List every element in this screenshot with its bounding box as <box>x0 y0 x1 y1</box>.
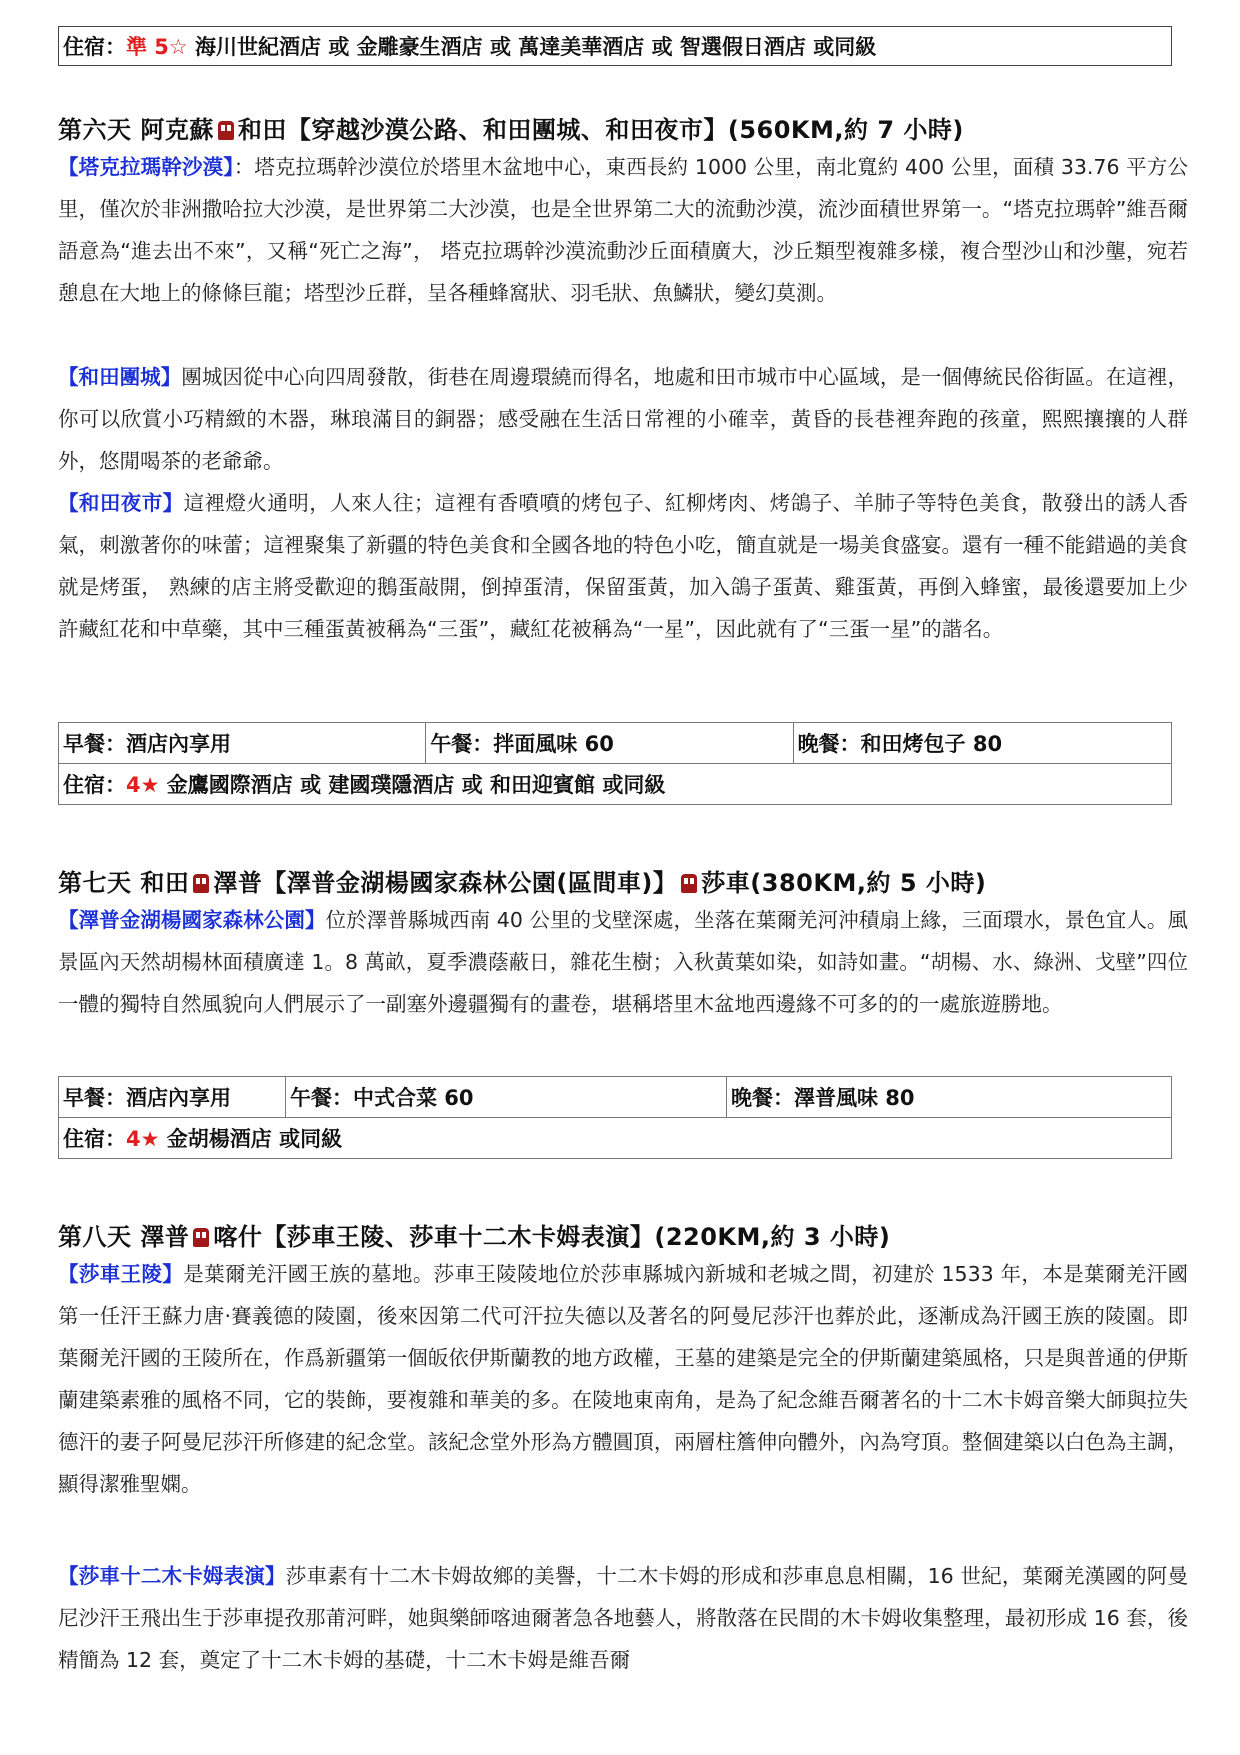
meal-breakfast: 早餐：酒店內享用 <box>59 723 426 764</box>
section-text: 團城因從中心向四周發散，街巷在周邊環繞而得名，地處和田市城市中心區域，是一個傳統… <box>58 365 1188 473</box>
section-heading: 【和田夜市】 <box>58 491 184 515</box>
meal-dinner: 晚餐：和田烤包子 80 <box>793 723 1171 764</box>
section-heading: 【和田團城】 <box>58 365 181 389</box>
section-heading: 【莎車王陵】 <box>58 1262 183 1286</box>
day-title-7: 第七天 和田澤普【澤普金湖楊國家森林公園(區間車)】莎車(380KM,約 5 小… <box>58 863 986 898</box>
day-title-prefix: 第六天 阿克蘇 <box>58 116 214 144</box>
day-title-destination: 莎車(380KM,約 5 小時) <box>701 869 986 897</box>
bus-icon <box>681 874 697 893</box>
day-title-prefix: 第七天 和田 <box>58 869 189 897</box>
lodging-day6: 住宿：4★ 金鷹國際酒店 或 建國璞隱酒店 或 和田迎賓館 或同級 <box>59 764 1172 805</box>
section-yarkand-royal-tombs: 【莎車王陵】是葉爾羌汗國王族的墓地。莎車王陵陵地位於莎車縣城內新城和老城之間，初… <box>58 1253 1188 1505</box>
hotel-list: 海川世紀酒店 或 金雕豪生酒店 或 萬達美華酒店 或 智選假日酒店 或同級 <box>188 35 877 59</box>
meal-dinner: 晚餐：澤普風味 80 <box>727 1077 1172 1118</box>
lodging-label: 住宿： <box>63 1127 126 1151</box>
day-title-route: 喀什【莎車王陵、莎車十二木卡姆表演】(220KM,約 3 小時) <box>213 1223 890 1251</box>
day-title-route: 澤普【澤普金湖楊國家森林公園(區間車)】 <box>213 869 677 897</box>
section-hotan-night-market: 【和田夜市】這裡燈火通明，人來人往；這裡有香噴噴的烤包子、紅柳烤肉、烤鴿子、羊肺… <box>58 482 1188 650</box>
section-hotan-tuancheng: 【和田團城】團城因從中心向四周發散，街巷在周邊環繞而得名，地處和田市城市中心區域… <box>58 356 1188 482</box>
meal-lunch: 午餐：中式合菜 60 <box>286 1077 727 1118</box>
lodging-label: 住宿： <box>63 773 126 797</box>
meal-table-day7: 早餐：酒店內享用 午餐：中式合菜 60 晚餐：澤普風味 80 住宿：4★ 金胡楊… <box>58 1076 1172 1159</box>
section-muqam-performance: 【莎車十二木卡姆表演】莎車素有十二木卡姆故鄉的美譽，十二木卡姆的形成和莎車息息相… <box>58 1555 1188 1681</box>
lodging-box-day5: 住宿：準 5☆ 海川世紀酒店 或 金雕豪生酒店 或 萬達美華酒店 或 智選假日酒… <box>58 26 1172 66</box>
day-title-8: 第八天 澤普喀什【莎車王陵、莎車十二木卡姆表演】(220KM,約 3 小時) <box>58 1217 890 1252</box>
bus-icon <box>193 874 209 893</box>
meal-lunch: 午餐：拌面風味 60 <box>426 723 793 764</box>
lodging-label: 住宿： <box>63 35 126 59</box>
section-text: 這裡燈火通明，人來人往；這裡有香噴噴的烤包子、紅柳烤肉、烤鴿子、羊肺子等特色美食… <box>58 491 1188 641</box>
day-title-6: 第六天 阿克蘇和田【穿越沙漠公路、和田團城、和田夜市】(560KM,約 7 小時… <box>58 110 964 145</box>
day-title-route: 和田【穿越沙漠公路、和田團城、和田夜市】(560KM,約 7 小時) <box>238 116 964 144</box>
hotel-list: 金鷹國際酒店 或 建國璞隱酒店 或 和田迎賓館 或同級 <box>159 773 665 797</box>
section-heading: 【塔克拉瑪幹沙漠】 <box>58 155 234 179</box>
meal-table-day6: 早餐：酒店內享用 午餐：拌面風味 60 晚餐：和田烤包子 80 住宿：4★ 金鷹… <box>58 722 1172 805</box>
bus-icon <box>218 121 234 140</box>
section-taklamakan: 【塔克拉瑪幹沙漠】：塔克拉瑪幹沙漠位於塔里木盆地中心，東西長約 1000 公里，… <box>58 146 1188 314</box>
section-zepu-forest-park: 【澤普金湖楊國家森林公園】位於澤普縣城西南 40 公里的戈壁深處，坐落在葉爾羌河… <box>58 899 1188 1025</box>
hotel-list: 金胡楊酒店 或同級 <box>159 1127 342 1151</box>
meal-breakfast: 早餐：酒店內享用 <box>59 1077 286 1118</box>
day-title-prefix: 第八天 澤普 <box>58 1223 189 1251</box>
section-heading: 【澤普金湖楊國家森林公園】 <box>58 908 326 932</box>
hotel-rating: 4★ <box>126 1127 159 1151</box>
bus-icon <box>193 1228 209 1247</box>
hotel-rating: 4★ <box>126 773 159 797</box>
hotel-rating: 準 5☆ <box>126 35 188 59</box>
section-heading: 【莎車十二木卡姆表演】 <box>58 1564 286 1588</box>
lodging-day7: 住宿：4★ 金胡楊酒店 或同級 <box>59 1118 1172 1159</box>
section-text: 是葉爾羌汗國王族的墓地。莎車王陵陵地位於莎車縣城內新城和老城之間，初建於 153… <box>58 1262 1188 1496</box>
